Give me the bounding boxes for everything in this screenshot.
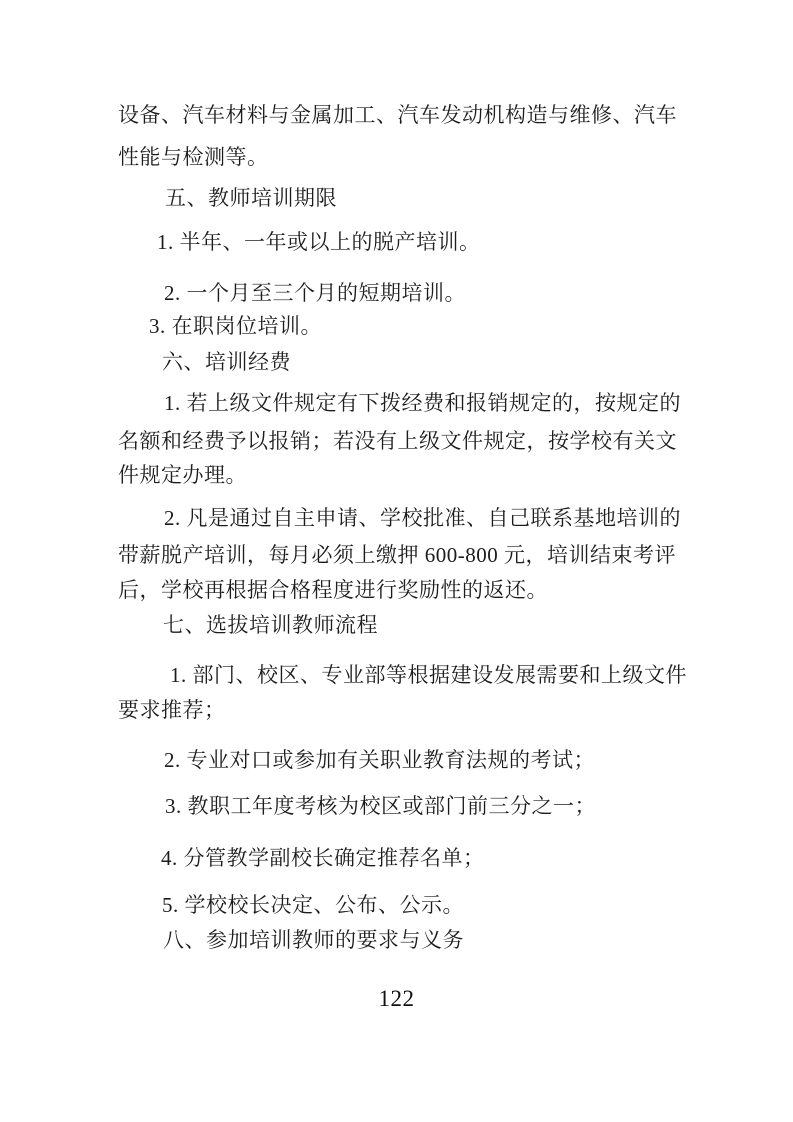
page-number: 122 bbox=[0, 986, 793, 1012]
list-item-line: 2. 凡是通过自主申请、学校批准、自己联系基地培训的 bbox=[164, 505, 681, 531]
section-heading-7: 七、选拔培训教师流程 bbox=[163, 612, 378, 638]
body-line: 件规定办理。 bbox=[118, 462, 247, 488]
list-item-line: 2. 专业对口或参加有关职业教育法规的考试； bbox=[164, 747, 595, 773]
list-item-line: 1. 部门、校区、专业部等根据建设发展需要和上级文件 bbox=[170, 662, 687, 688]
body-line: 名额和经费予以报销；若没有上级文件规定，按学校有关文 bbox=[118, 428, 677, 454]
list-item-line: 1. 半年、一年或以上的脱产培训。 bbox=[157, 229, 481, 255]
list-item-line: 3. 教职工年度考核为校区或部门前三分之一； bbox=[165, 793, 596, 819]
list-item-line: 1. 若上级文件规定有下拨经费和报销规定的，按规定的 bbox=[164, 390, 681, 416]
list-item-line: 4. 分管教学副校长确定推荐名单； bbox=[161, 845, 485, 871]
section-heading-8: 八、参加培训教师的要求与义务 bbox=[163, 927, 464, 953]
body-line: 设备、汽车材料与金属加工、汽车发动机构造与维修、汽车 bbox=[118, 102, 677, 128]
section-heading-6: 六、培训经费 bbox=[162, 349, 291, 375]
body-line: 性能与检测等。 bbox=[118, 144, 269, 170]
document-page: 设备、汽车材料与金属加工、汽车发动机构造与维修、汽车 性能与检测等。 五、教师培… bbox=[0, 0, 793, 1122]
body-line: 后，学校再根据合格程度进行奖励性的返还。 bbox=[118, 577, 548, 603]
body-line: 要求推荐； bbox=[118, 697, 226, 723]
list-item-line: 3. 在职岗位培训。 bbox=[149, 313, 322, 339]
body-line: 带薪脱产培训，每月必须上缴押 600-800 元，培训结束考评 bbox=[118, 542, 676, 568]
list-item-line: 5. 学校校长决定、公布、公示。 bbox=[162, 892, 464, 918]
section-heading-5: 五、教师培训期限 bbox=[165, 185, 337, 211]
list-item-line: 2. 一个月至三个月的短期培训。 bbox=[164, 280, 466, 306]
